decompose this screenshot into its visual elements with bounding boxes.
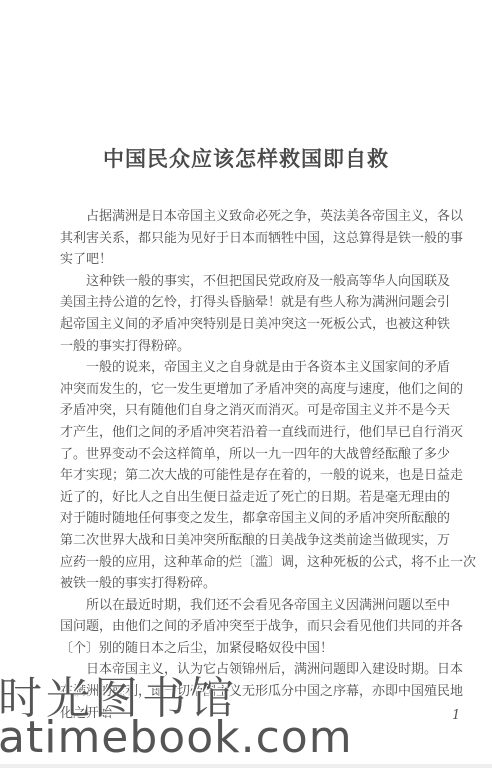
text-line: 被铁一般的事实打得粉碎。	[60, 573, 442, 595]
text-line: 了。世界变动不会这样简单，所以一九一四年的大战曾经酝酿了多少	[60, 444, 442, 466]
text-line: 第二次世界大战和日美冲突所酝酿的日美战争这类前途当做现实，万	[60, 530, 442, 552]
text-line: 才产生，他们之间的矛盾冲突若沿着一直线而进行，他们早已自行消灭	[60, 422, 442, 444]
body-text: 占据满洲是日本帝国主义致命必死之争，英法美各帝国主义，各以其利害关系，都只能为见…	[60, 206, 442, 724]
page-bottom-edge	[0, 764, 492, 768]
text-line: 占据满洲是日本帝国主义致命必死之争，英法美各帝国主义，各以	[60, 206, 442, 228]
text-line: 应药一般的应用，这种革命的烂〔滥〕调，这种死板的公式，将不止一次	[60, 552, 442, 574]
text-line: 其利害关系，都只能为见好于日本而牺牲中国，这总算得是铁一般的事	[60, 228, 442, 250]
text-line: 所以在最近时期，我们还不会看见各帝国主义因满洲问题以至中	[60, 595, 442, 617]
text-line: 美国主持公道的乞怜，打得头昏脑晕！就是有些人称为满洲问题会引	[60, 292, 442, 314]
page-number: 1	[452, 708, 460, 723]
text-line: 〔个〕别的随日本之后尘，加紧侵略奴役中国！	[60, 638, 442, 660]
text-line: 矛盾冲突，只有随他们自身之消灭而消灭。可是帝国主义并不是今天	[60, 400, 442, 422]
watermark-url: atimebook.com	[0, 712, 353, 763]
text-line: 年才实现；第二次大战的可能性是存在着的，一般的说来，也是日益走	[60, 465, 442, 487]
text-line: 近了的，好比人之自出生便日益走近了死亡的日期。若是毫无理由的	[60, 487, 442, 509]
text-line: 冲突而发生的，它一发生更增加了矛盾冲突的高度与速度，他们之间的	[60, 379, 442, 401]
text-line: 这种铁一般的事实，不但把国民党政府及一般高等华人向国联及	[60, 271, 442, 293]
text-line: 对于随时随地任何事变之发生，都拿帝国主义间的矛盾冲突所酝酿的	[60, 508, 442, 530]
text-line: 实了吧！	[60, 249, 442, 271]
text-line: 起帝国主义间的矛盾冲突特别是日美冲突这一死板公式，也被这种铁	[60, 314, 442, 336]
text-line: 一般的说来，帝国主义之自身就是由于各资本主义国家间的矛盾	[60, 357, 442, 379]
page-title: 中国民众应该怎样救国即自救	[0, 143, 492, 173]
text-line: 国问题，由他们之间的矛盾冲突至于战争，而只会看见他们共同的并各	[60, 616, 442, 638]
text-line: 一般的事实打得粉碎。	[60, 336, 442, 358]
